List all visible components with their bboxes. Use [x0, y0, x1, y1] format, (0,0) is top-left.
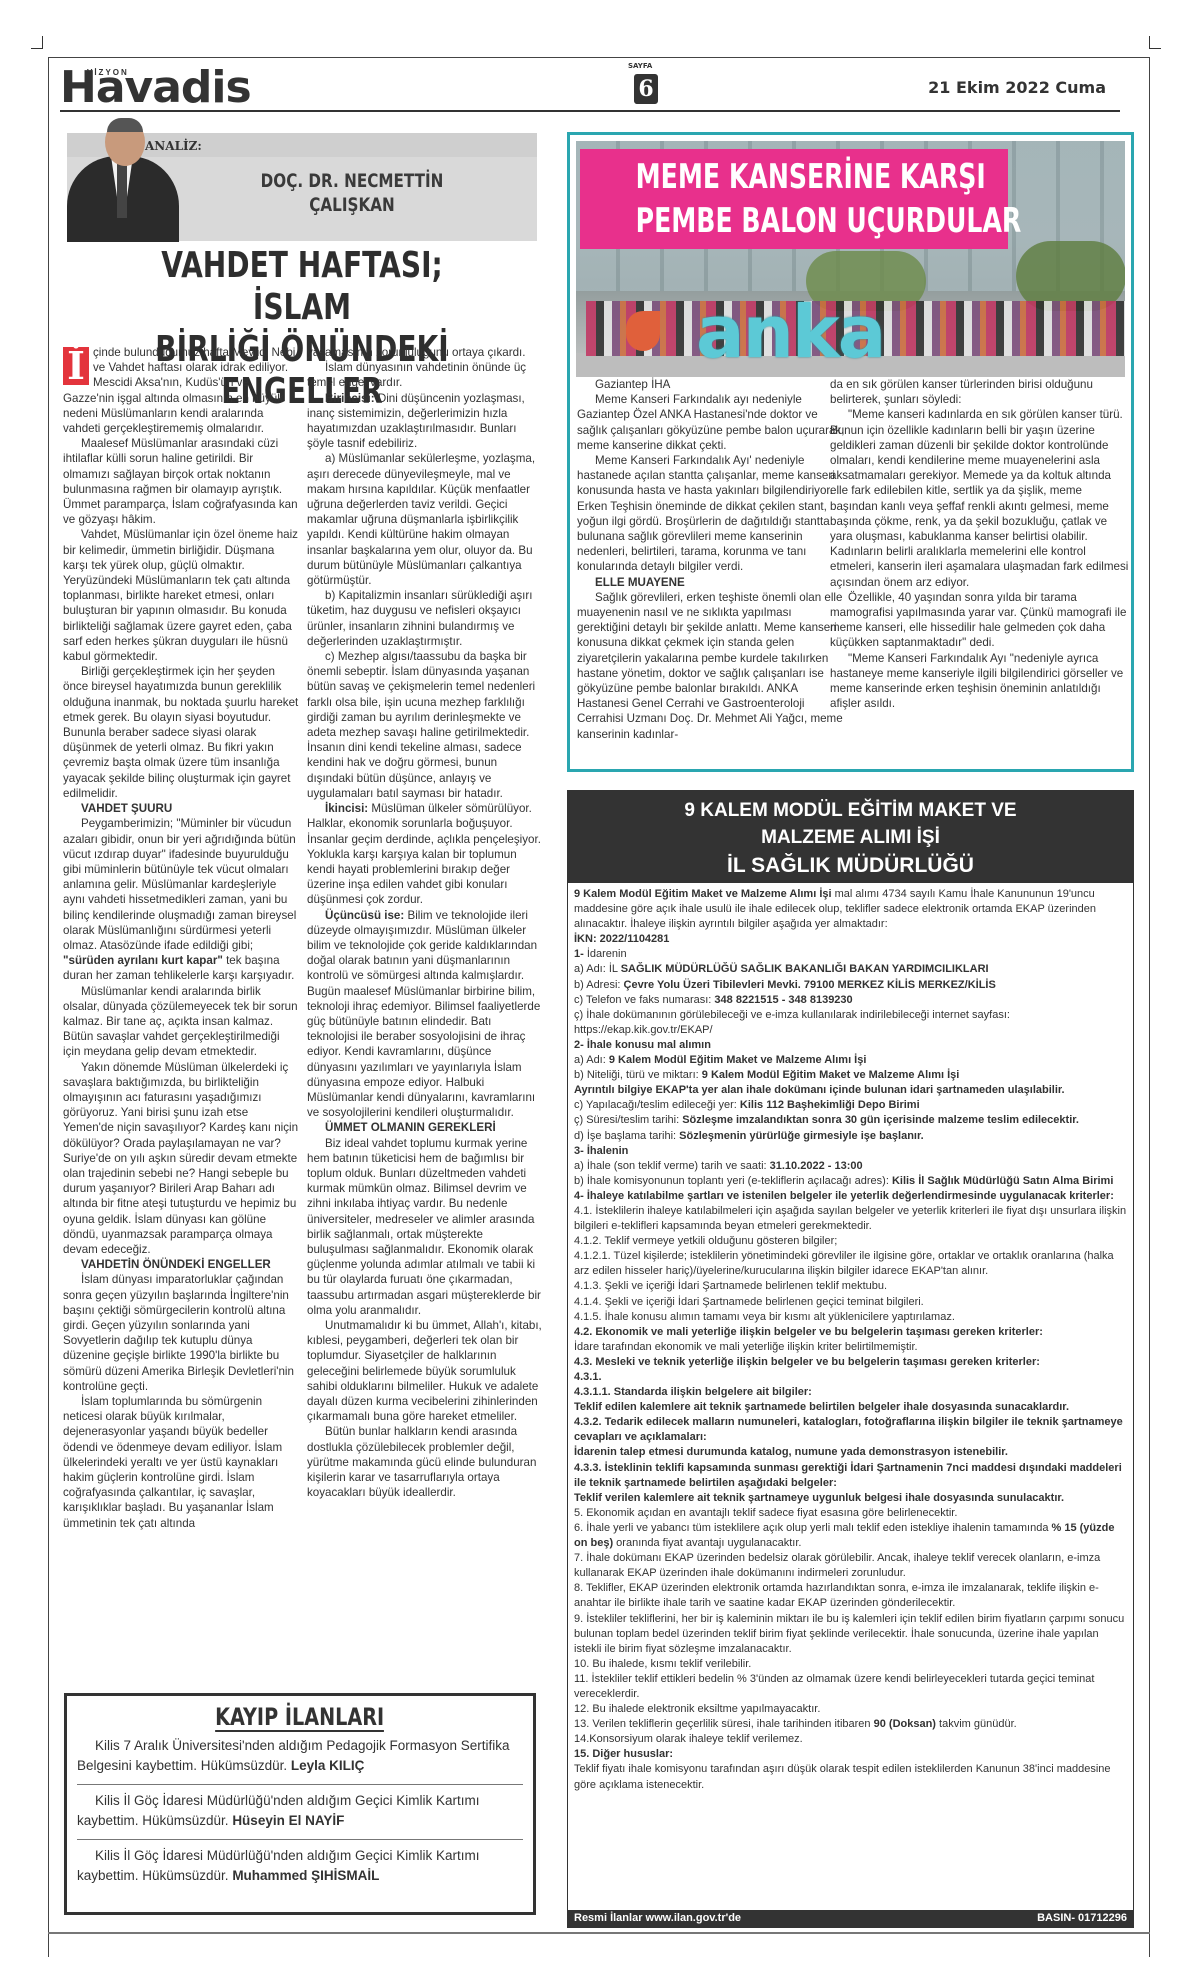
tender-footer: Resmi İlanlar www.ilan.gov.tr'de BASIN- …: [568, 1910, 1133, 1927]
bold-text: 9 Kalem Modül Eğitim Maket ve Malzeme Al…: [702, 1069, 960, 1081]
crop-mark-left: [31, 36, 43, 49]
masthead: Havadis VİZYON SAYFA 6 21 Ekim 2022 Cuma: [60, 62, 1120, 112]
tender-line: 11. İstekliler teklif ettikleri bedelin …: [574, 1672, 1127, 1702]
hospital-sign: anka: [696, 303, 966, 361]
tender-line: 4.2. Ekonomik ve mali yeterliğe ilişkin …: [574, 1325, 1127, 1340]
tender-line: 13. Verilen tekliflerin geçerlilik süres…: [574, 1717, 1127, 1732]
paragraph: b) Kapitalizmin insanları sürüklediği aş…: [307, 588, 543, 649]
bold-text: "sürüden ayrılanı kurt kapar": [63, 954, 223, 967]
paragraph: Birincisi: Dini düşüncenin yozlaşması, i…: [307, 391, 543, 452]
bold-text: İkincisi:: [325, 802, 368, 815]
paragraph: "Meme kanseri kadınlarda en sık görülen …: [830, 407, 1130, 589]
bold-text: 9 Kalem Modül Eğitim Maket ve Malzeme Al…: [574, 888, 832, 900]
paragraph: Peygamberimizin; "Müminler bir vücudun a…: [63, 816, 299, 983]
tender-line: 5. Ekonomik açıdan en avantajlı teklif s…: [574, 1506, 1127, 1521]
tender-line: 2- İhale konusu mal alımın: [574, 1038, 1127, 1053]
bold-text: 31.10.2022 - 13:00: [770, 1160, 863, 1172]
notice-name: Leyla KILIÇ: [291, 1758, 365, 1773]
bold-text: 4- İhaleye katılabilme şartları ve isten…: [574, 1190, 1114, 1202]
tender-line: 4.3.1.: [574, 1370, 1127, 1385]
bold-text: Ayrıntılı bilgiye EKAP'ta yer alan ihale…: [574, 1084, 1065, 1096]
notice-name: Hüseyin El NAYİF: [232, 1813, 344, 1828]
tender-body: 9 Kalem Modül Eğitim Maket ve Malzeme Al…: [568, 883, 1133, 1797]
notice-text: Kilis İl Göç İdaresi Müdürlüğü'nden aldı…: [77, 1846, 523, 1886]
paragraph: Özellikle, 40 yaşından sonra yılda bir t…: [830, 590, 1130, 651]
paragraph: a) Müslümanlar sekülerleşme, yozlaşma, a…: [307, 451, 543, 588]
bold-text: Sözleşme imzalandıktan sonra 30 gün içer…: [682, 1114, 1079, 1126]
bold-text: Çevre Yolu Üzeri Tibilevleri Mevki. 7910…: [624, 979, 996, 991]
bold-text: 4.3.2. Tedarik edilecek malların numunel…: [574, 1416, 1123, 1443]
lost-notice: Kilis 7 Aralık Üniversitesi'nden aldığım…: [77, 1732, 523, 1782]
page-number: 6: [634, 74, 658, 104]
tender-line: ç) İhale dokümanının görülebileceği ve e…: [574, 1008, 1127, 1038]
bold-text: 348 8221515 - 348 8139230: [714, 994, 852, 1006]
bold-text: 4.3.1.1. Standarda ilişkin belgelere ait…: [574, 1386, 812, 1398]
author-name: DOÇ. DR. NECMETTİN ÇALIŞKAN: [220, 169, 484, 217]
tender-line: İKN: 2022/1104281: [574, 932, 1127, 947]
tender-line: 4.3.3. İsteklinin teklifi kapsamında sun…: [574, 1461, 1127, 1491]
crop-mark-right: [1149, 36, 1161, 49]
tender-line: 4.1.5. İhale konusu alımın tamamı veya b…: [574, 1310, 1127, 1325]
paragraph: Maalesef Müslümanlar arasındaki cüzi iht…: [63, 436, 299, 527]
paragraph: da en sık görülen kanser türlerinden bir…: [830, 377, 1130, 407]
paragraph: Biz ideal vahdet toplumu kurmak yerine h…: [307, 1136, 543, 1318]
tender-line: 4.1.4. Şekli ve içeriği İdari Şartnamede…: [574, 1295, 1127, 1310]
tender-line: 15. Diğer hususlar:: [574, 1747, 1127, 1762]
bold-text: 4.3. Mesleki ve teknik yeterliğe ilişkin…: [574, 1356, 1040, 1368]
bold-text: 90 (Doksan): [874, 1718, 936, 1730]
news-column-2: da en sık görülen kanser türlerinden bir…: [830, 377, 1130, 711]
notice-text: Kilis İl Göç İdaresi Müdürlüğü'nden aldı…: [77, 1791, 523, 1831]
notice-name: Muhammed ŞIHİSMAİL: [232, 1868, 379, 1883]
bold-text: İdarenin talep etmesi durumunda katalog,…: [574, 1446, 1008, 1458]
tender-line: a) Adı: İL SAĞLIK MÜDÜRLÜĞÜ SAĞLIK BAKAN…: [574, 962, 1127, 977]
subheading: VAHDET ŞUURU: [63, 801, 299, 816]
paragraph: Üçüncüsü ise: Bilim ve teknolojide ileri…: [307, 908, 543, 1121]
news-photo: anka MEME KANSERİNE KARŞI PEMBE BALON UÇ…: [576, 141, 1125, 377]
paragraph: Unutmamalıdır ki bu ümmet, Allah'ı, kita…: [307, 1318, 543, 1424]
tender-line: 6. İhale yerli ve yabancı tüm istekliler…: [574, 1521, 1127, 1551]
tender-line: c) Yapılacağı/teslim edileceği yer: Kili…: [574, 1098, 1127, 1113]
paragraph: İslam dünyası imparatorluklar çağından s…: [63, 1272, 299, 1394]
tender-line: 9. İstekliler tekliflerini, her bir iş k…: [574, 1612, 1127, 1657]
tender-line: Ayrıntılı bilgiye EKAP'ta yer alan ihale…: [574, 1083, 1127, 1098]
tender-line: c) Telefon ve faks numarası: 348 8221515…: [574, 993, 1127, 1008]
lost-notices-title: KAYIP İLANLARI: [215, 1704, 384, 1732]
bottom-rule: [48, 1932, 1150, 1934]
tender-line: ç) Süresi/teslim tarihi: Sözleşme imzala…: [574, 1113, 1127, 1128]
tender-line: b) Niteliği, türü ve miktarı: 9 Kalem Mo…: [574, 1068, 1127, 1083]
article-column-1: İçinde bulunduğumuz hafta Mevlidi Nebi v…: [63, 345, 299, 1531]
drop-cap: İ: [63, 347, 89, 385]
tender-header: 9 KALEM MODÜL EĞİTİM MAKET VE MALZEME AL…: [568, 791, 1133, 883]
bold-text: Üçüncüsü ise:: [325, 909, 404, 922]
paragraph: İçinde bulunduğumuz hafta Mevlidi Nebi v…: [63, 345, 299, 436]
tender-line: 10. Bu ihalede, kısmı teklif verilebilir…: [574, 1657, 1127, 1672]
tender-source: Resmi İlanlar www.ilan.gov.tr'de: [574, 1910, 741, 1927]
subheading: ELLE MUAYENE: [577, 575, 847, 590]
tender-line: 8. Teklifler, EKAP üzerinden elektronik …: [574, 1581, 1127, 1611]
lost-notice: Kilis İl Göç İdaresi Müdürlüğü'nden aldı…: [77, 1787, 523, 1837]
tender-line: Teklif verilen kalemlere ait teknik şart…: [574, 1491, 1127, 1506]
bold-text: SAĞLIK MÜDÜRLÜĞÜ SAĞLIK BAKANLIĞI BAKAN …: [621, 963, 989, 975]
tender-line: 1- İdarenin: [574, 947, 1127, 962]
tender-ref: BASIN- 01712296: [1037, 1910, 1127, 1927]
bold-text: % 15 (yüzde on beş): [574, 1522, 1114, 1549]
heart-icon: [626, 311, 660, 351]
bold-text: 9 Kalem Modül Eğitim Maket ve Malzeme Al…: [609, 1054, 867, 1066]
tender-line: İdarenin talep etmesi durumunda katalog,…: [574, 1445, 1127, 1460]
paragraph: Birliği gerçekleştirmek için her şeyden …: [63, 664, 299, 801]
paragraph: "Meme Kanseri Farkındalık Ayı "nedeniyle…: [830, 651, 1130, 712]
tender-line: Teklif edilen kalemlere ait teknik şartn…: [574, 1400, 1127, 1415]
bold-text: Teklif verilen kalemlere ait teknik şart…: [574, 1492, 1064, 1504]
bold-text: Teklif edilen kalemlere ait teknik şartn…: [574, 1401, 1069, 1413]
divider: [77, 1839, 523, 1840]
tender-line: 9 Kalem Modül Eğitim Maket ve Malzeme Al…: [574, 887, 1127, 932]
subheading: VAHDETİN ÖNÜNDEKİ ENGELLER: [63, 1257, 299, 1272]
tender-line: 4.3. Mesleki ve teknik yeterliğe ilişkin…: [574, 1355, 1127, 1370]
bold-text: Sözleşmenin yürürlüğe girmesiyle işe baş…: [679, 1130, 924, 1142]
article-column-2: yaşamasının zorunluluğunu ortaya çıkardı…: [307, 345, 543, 1500]
bold-text: 15. Diğer hususlar:: [574, 1748, 673, 1760]
notice-text: Kilis 7 Aralık Üniversitesi'nden aldığım…: [77, 1736, 523, 1776]
tender-line: b) Adresi: Çevre Yolu Üzeri Tibilevleri …: [574, 978, 1127, 993]
lost-notices-box: KAYIP İLANLARI Kilis 7 Aralık Üniversite…: [64, 1693, 536, 1915]
news-headline: MEME KANSERİNE KARŞI PEMBE BALON UÇURDUL…: [580, 149, 1008, 249]
subheading: ÜMMET OLMANIN GEREKLERİ: [307, 1120, 543, 1135]
tender-line: 7. İhale dokümanı EKAP üzerinden bedelsi…: [574, 1551, 1127, 1581]
paragraph: Vahdet, Müslümanlar için özel öneme haiz…: [63, 527, 299, 664]
divider: [77, 1784, 523, 1785]
tender-line: 14.Konsorsiyum olarak ihaleye teklif ver…: [574, 1732, 1127, 1747]
paragraph: Yakın dönemde Müslüman ülkelerdeki iç sa…: [63, 1060, 299, 1258]
page-label: SAYFA: [628, 62, 652, 70]
paragraph: İslam dünyasının vahdetinin önünde üç te…: [307, 360, 543, 390]
tender-line: 4.1.3. Şekli ve içeriği İdari Şartnamede…: [574, 1279, 1127, 1294]
paragraph: İslam toplumlarında bu sömürgenin netice…: [63, 1394, 299, 1531]
paragraph: Meme Kanseri Farkındalık ayı nedeniyle G…: [577, 392, 847, 453]
paragraph: Sağlık görevlileri, erken teşhiste öneml…: [577, 590, 847, 742]
paragraph: yaşamasının zorunluluğunu ortaya çıkardı…: [307, 345, 543, 360]
tender-line: Teklif fiyatı ihale komisyonu tarafından…: [574, 1762, 1127, 1792]
paragraph: Gaziantep İHA: [577, 377, 847, 392]
logo-subtitle: VİZYON: [87, 68, 129, 77]
paragraph: Meme Kanseri Farkındalık Ayı' nedeniyle …: [577, 453, 847, 575]
tender-line: 4- İhaleye katılabilme şartları ve isten…: [574, 1189, 1127, 1204]
bold-text: 2- İhale konusu mal alımın: [574, 1039, 711, 1051]
tender-line: 4.3.1.1. Standarda ilişkin belgelere ait…: [574, 1385, 1127, 1400]
tender-line: 3- İhalenin: [574, 1144, 1127, 1159]
tender-line: a) İhale (son teklif verme) tarih ve saa…: [574, 1159, 1127, 1174]
lost-notices-list: Kilis 7 Aralık Üniversitesi'nden aldığım…: [77, 1732, 523, 1892]
tender-ad: 9 KALEM MODÜL EĞİTİM MAKET VE MALZEME AL…: [567, 790, 1134, 1928]
bold-text: 4.3.3. İsteklinin teklifi kapsamında sun…: [574, 1462, 1122, 1489]
issue-date: 21 Ekim 2022 Cuma: [928, 78, 1106, 97]
paragraph: Müslümanlar kendi aralarında birlik olsa…: [63, 984, 299, 1060]
paragraph: İkincisi: Müslüman ülkeler sömürülüyor. …: [307, 801, 543, 907]
bold-text: 4.3.1.: [574, 1371, 602, 1383]
tender-line: a) Adı: 9 Kalem Modül Eğitim Maket ve Ma…: [574, 1053, 1127, 1068]
news-column-1: Gaziantep İHAMeme Kanseri Farkındalık ay…: [577, 377, 847, 742]
tender-line: 12. Bu ihalede elektronik eksiltme yapıl…: [574, 1702, 1127, 1717]
bold-text: 3- İhalenin: [574, 1145, 628, 1157]
bold-text: İKN: 2022/1104281: [574, 933, 669, 945]
lost-notice: Kilis İl Göç İdaresi Müdürlüğü'nden aldı…: [77, 1842, 523, 1892]
tender-line: 4.1. İsteklilerin ihaleye katılabilmeler…: [574, 1204, 1127, 1234]
bold-text: 1-: [574, 948, 587, 960]
author-photo: [67, 118, 179, 242]
paragraph: c) Mezhep algısı/taassubu da başka bir ö…: [307, 649, 543, 801]
paragraph: Bütün bunlar halkların kendi arasında do…: [307, 1424, 543, 1500]
tender-line: d) İşe başlama tarihi: Sözleşmenin yürür…: [574, 1129, 1127, 1144]
bold-text: Kilis 112 Başhekimliği Depo Birimi: [740, 1099, 920, 1111]
bold-text: 4.2. Ekonomik ve mali yeterliğe ilişkin …: [574, 1326, 1043, 1338]
tender-line: İdare tarafından ekonomik ve mali yeterl…: [574, 1340, 1127, 1355]
tender-line: 4.1.2. Teklif vermeye yetkili olduğunu g…: [574, 1234, 1127, 1249]
bold-text: Kilis İl Sağlık Müdürlüğü Satın Alma Bir…: [892, 1175, 1113, 1187]
tender-line: 4.3.2. Tedarik edilecek malların numunel…: [574, 1415, 1127, 1445]
bold-text: Birincisi:: [325, 392, 375, 405]
tender-line: 4.1.2.1. Tüzel kişilerde; isteklilerin y…: [574, 1249, 1127, 1279]
tender-line: b) İhale komisyonunun toplantı yeri (e-t…: [574, 1174, 1127, 1189]
